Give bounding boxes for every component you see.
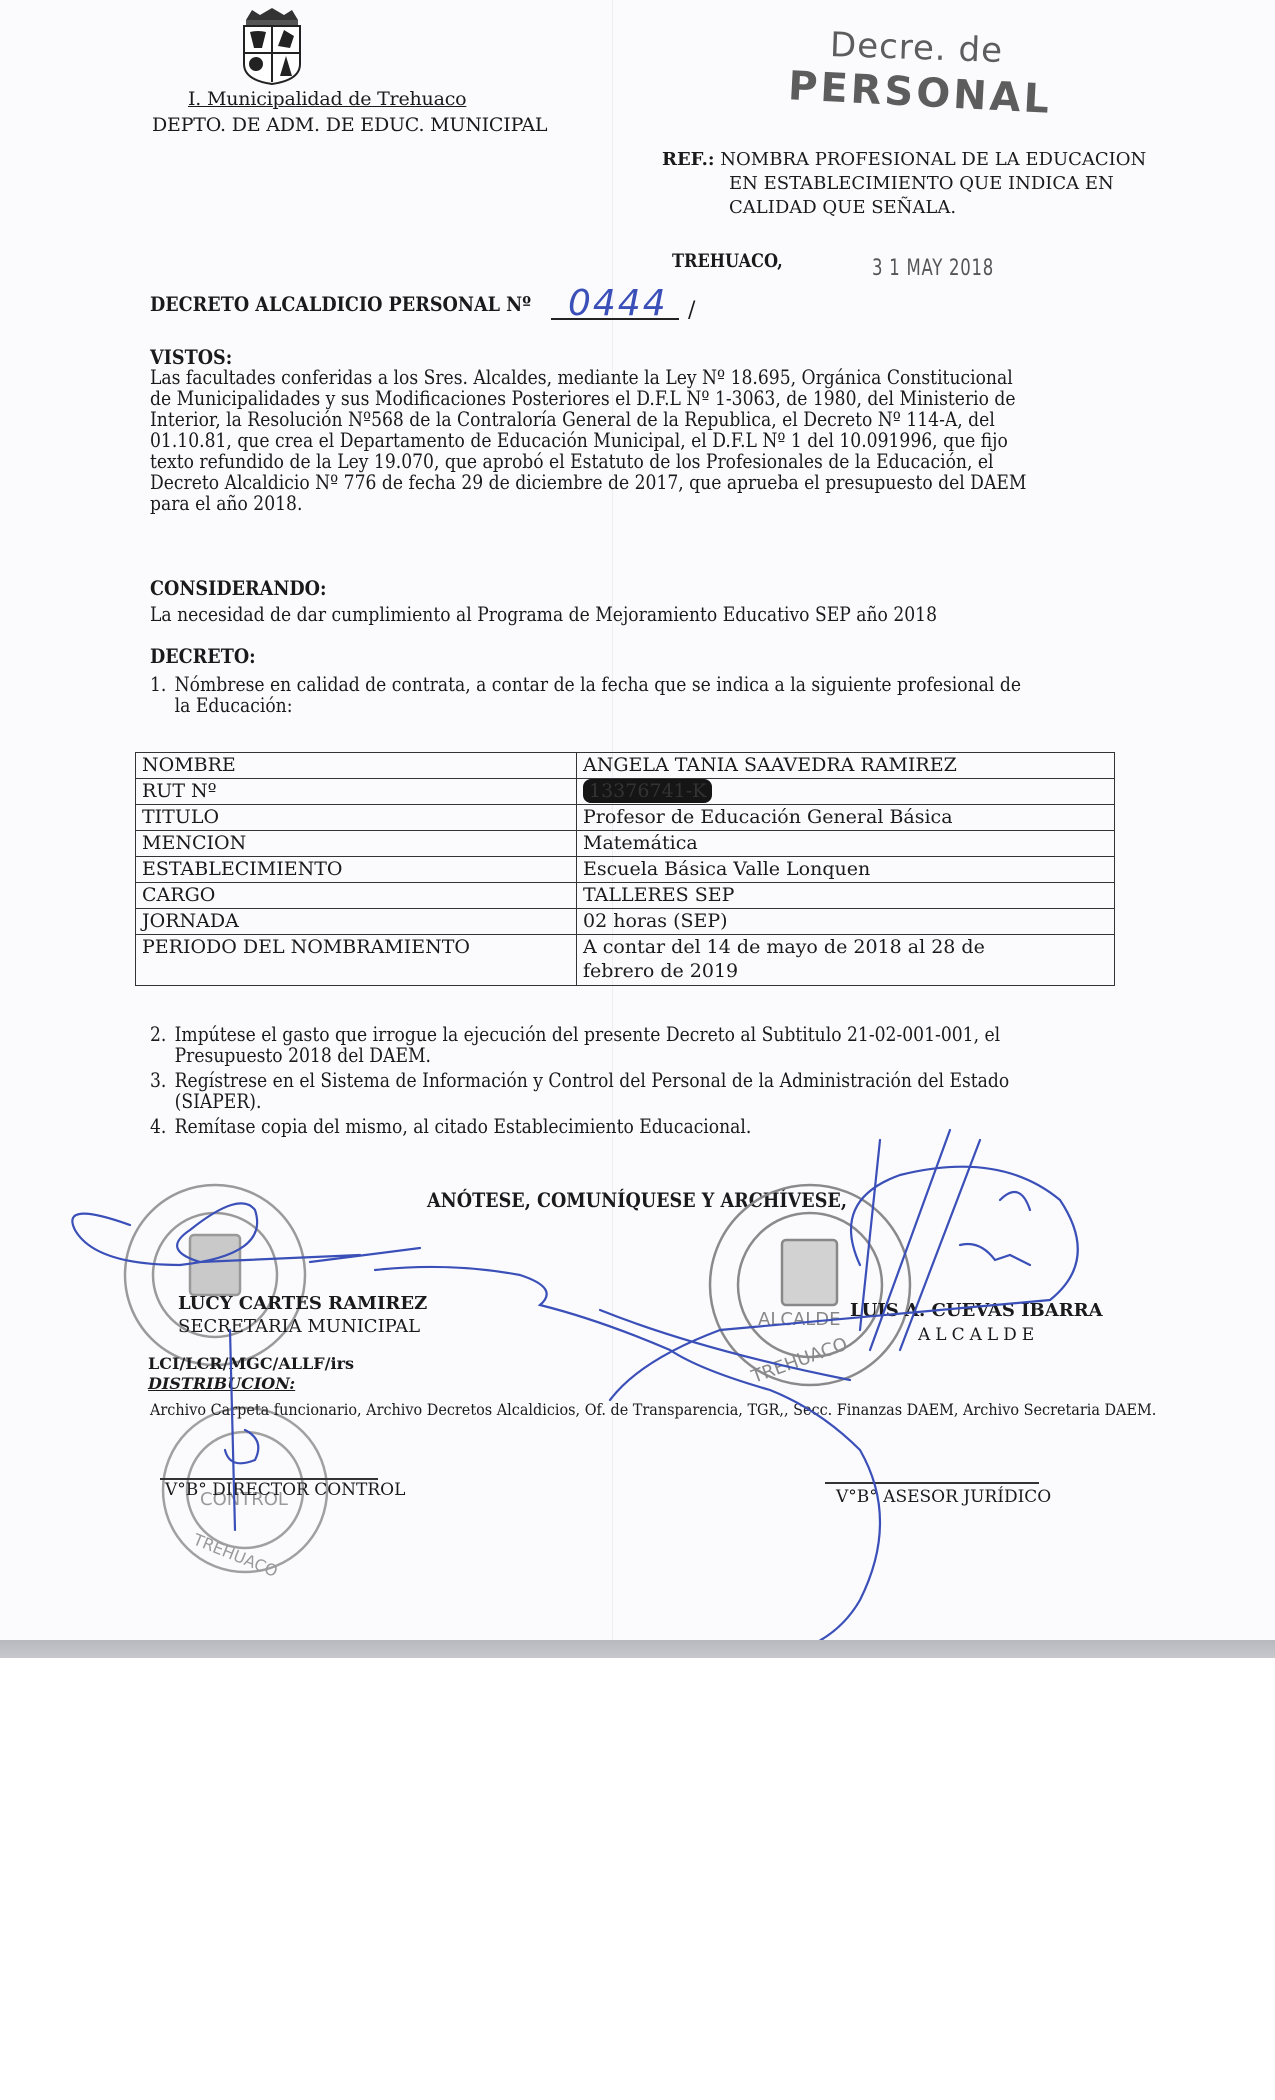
vistos-line: 01.10.81, que crea el Departamento de Ed…: [150, 430, 1162, 451]
decreto-items-rest: 2. Impútese el gasto que irrogue la ejec…: [150, 1024, 1162, 1137]
distribution-title: DISTRIBUCION:: [148, 1374, 295, 1393]
item-number: 2.: [150, 1024, 175, 1066]
ref-label: REF.:: [662, 149, 715, 170]
table-value: Matemática: [577, 831, 1115, 857]
decreto-item-4: 4. Remítase copia del mismo, al citado E…: [150, 1116, 1162, 1137]
vistos-line: de Municipalidades y sus Modificaciones …: [150, 388, 1162, 409]
redacted-rut: 13376741-K: [583, 779, 712, 803]
item-line: Remítase copia del mismo, al citado Esta…: [175, 1116, 752, 1137]
department-name: DEPTO. DE ADM. DE EDUC. MUNICIPAL: [152, 114, 547, 136]
table-key: CARGO: [136, 883, 577, 909]
item-number: 1.: [150, 674, 175, 716]
vistos-line: Decreto Alcaldicio Nº 776 de fecha 29 de…: [150, 472, 1162, 493]
ref-line-2: EN ESTABLECIMIENTO QUE INDICA EN: [662, 172, 1146, 196]
table-key: JORNADA: [136, 909, 577, 935]
considerando-text: La necesidad de dar cumplimiento al Prog…: [150, 604, 1162, 625]
secretary-name: LUCY CARTES RAMIREZ: [178, 1293, 427, 1314]
item-number: 4.: [150, 1116, 175, 1137]
table-key: NOMBRE: [136, 753, 577, 779]
table-row: ESTABLECIMIENTOEscuela Básica Valle Lonq…: [136, 857, 1115, 883]
table-row: CARGOTALLERES SEP: [136, 883, 1115, 909]
distribution-list: Archivo Carpeta funcionario, Archivo Dec…: [150, 1400, 1156, 1419]
item-line: la Educación:: [175, 695, 1021, 716]
vistos-body: Las facultades conferidas a los Sres. Al…: [150, 367, 1162, 514]
table-row: NOMBREANGELA TANIA SAAVEDRA RAMIREZ: [136, 753, 1115, 779]
vistos-line: para el año 2018.: [150, 493, 1162, 514]
table-key: TITULO: [136, 805, 577, 831]
vistos-line: Las facultades conferidas a los Sres. Al…: [150, 367, 1162, 388]
municipality-name: I. Municipalidad de Trehuaco: [188, 88, 466, 110]
approval-director-control: V°B° DIRECTOR CONTROL: [165, 1480, 405, 1500]
item-line: Regístrese en el Sistema de Información …: [175, 1070, 1010, 1091]
date-stamp: 3 1 MAY 2018: [872, 256, 994, 281]
page-bottom-edge: [0, 1640, 1275, 1658]
decree-number-label: DECRETO ALCALDICIO PERSONAL Nº: [150, 292, 531, 316]
table-key: ESTABLECIMIENTO: [136, 857, 577, 883]
table-key: PERIODO DEL NOMBRAMIENTO: [136, 935, 577, 986]
mayor-role: ALCALDE: [918, 1325, 1039, 1345]
decreto-item-1: 1. Nómbrese en calidad de contrata, a co…: [150, 674, 1162, 716]
reference-block: REF.: NOMBRA PROFESIONAL DE LA EDUCACION…: [662, 148, 1146, 220]
table-value: ANGELA TANIA SAAVEDRA RAMIREZ: [577, 753, 1115, 779]
appointee-table: NOMBREANGELA TANIA SAAVEDRA RAMIREZ RUT …: [135, 752, 1115, 986]
table-value: Escuela Básica Valle Lonquen: [577, 857, 1115, 883]
considerando-title: CONSIDERANDO:: [150, 576, 327, 600]
decreto-item-2: 2. Impútese el gasto que irrogue la ejec…: [150, 1024, 1162, 1066]
table-value: TALLERES SEP: [577, 883, 1115, 909]
municipal-crest-icon: [238, 6, 306, 86]
item-line: (SIAPER).: [175, 1091, 1010, 1112]
decreto-item-3: 3. Regístrese en el Sistema de Informaci…: [150, 1070, 1162, 1112]
table-row: PERIODO DEL NOMBRAMIENTOA contar del 14 …: [136, 935, 1115, 986]
table-value: 02 horas (SEP): [577, 909, 1115, 935]
item-line: Impútese el gasto que irrogue la ejecuci…: [175, 1024, 1000, 1045]
table-row: RUT Nº13376741-K: [136, 779, 1115, 805]
table-value: Profesor de Educación General Básica: [577, 805, 1115, 831]
table-key: RUT Nº: [136, 779, 577, 805]
decree-number-underline: [551, 318, 679, 320]
item-number: 3.: [150, 1070, 175, 1112]
table-row: JORNADA02 horas (SEP): [136, 909, 1115, 935]
table-value: A contar del 14 de mayo de 2018 al 28 de…: [577, 935, 1115, 986]
vistos-line: texto refundido de la Ley 19.070, que ap…: [150, 451, 1162, 472]
secretary-role: SECRETARIA MUNICIPAL: [178, 1316, 420, 1337]
item-line: Presupuesto 2018 del DAEM.: [175, 1045, 1000, 1066]
initials: LCI/LCR/MGC/ALLF/irs: [148, 1354, 354, 1373]
decree-number-slash: /: [688, 298, 695, 323]
closing-formula: ANÓTESE, COMUNÍQUESE Y ARCHÍVESE,: [427, 1188, 847, 1212]
table-row: MENCIONMatemática: [136, 831, 1115, 857]
item-line: Nómbrese en calidad de contrata, a conta…: [175, 674, 1021, 695]
decreto-title: DECRETO:: [150, 644, 256, 668]
legal-signature-line: [825, 1482, 1039, 1484]
approval-legal-advisor: V°B° ASESOR JURÍDICO: [836, 1487, 1051, 1507]
table-row: TITULOProfesor de Educación General Bási…: [136, 805, 1115, 831]
ref-line-1: NOMBRA PROFESIONAL DE LA EDUCACION: [720, 149, 1146, 170]
vistos-line: Interior, la Resolución Nº568 de la Cont…: [150, 409, 1162, 430]
table-key: MENCION: [136, 831, 577, 857]
ref-line-3: CALIDAD QUE SEÑALA.: [662, 196, 1146, 220]
stamp-decree-line1: Decre. de: [829, 25, 1003, 71]
mayor-name: LUIS A. CUEVAS IBARRA: [850, 1300, 1103, 1321]
place: TREHUACO,: [672, 250, 783, 272]
